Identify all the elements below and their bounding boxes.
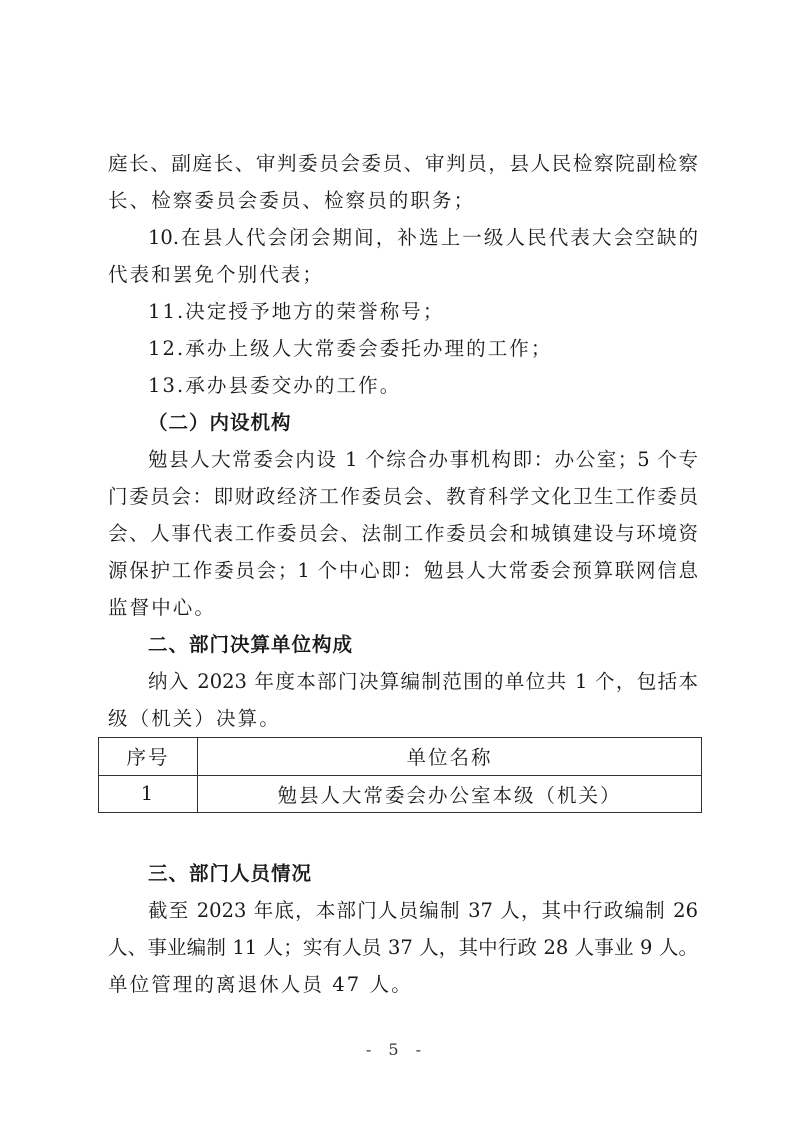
table-cell: 勉县人大常委会办公室本级（机关） bbox=[198, 775, 702, 813]
table-row: 1 勉县人大常委会办公室本级（机关） bbox=[99, 775, 702, 813]
paragraph-line: 庭长、副庭长、审判委员会委员、审判员，县人民检察院副检察 bbox=[108, 152, 698, 176]
unit-table: 序号 单位名称 1 勉县人大常委会办公室本级（机关） bbox=[98, 737, 702, 813]
paragraph-line: 源保护工作委员会；1 个中心即：勉县人大常委会预算联网信息 bbox=[108, 559, 698, 583]
paragraph-line: 勉县人大常委会内设 1 个综合办事机构即：办公室；5 个专 bbox=[148, 448, 698, 472]
table-header-cell: 单位名称 bbox=[198, 738, 702, 776]
subsection-heading: （二）内设机构 bbox=[148, 411, 738, 435]
paragraph-line: 单位管理的离退休人员 47 人。 bbox=[108, 973, 698, 997]
paragraph-line: 会、人事代表工作委员会、法制工作委员会和城镇建设与环境资 bbox=[108, 522, 698, 546]
paragraph-line: 门委员会：即财政经济工作委员会、教育科学文化卫生工作委员 bbox=[108, 485, 698, 509]
paragraph-line: 12.承办上级人大常委会委托办理的工作； bbox=[148, 337, 698, 361]
paragraph-line: 人、事业编制 11 人；实有人员 37 人，其中行政 28 人事业 9 人。 bbox=[108, 936, 698, 960]
table-header-cell: 序号 bbox=[99, 738, 198, 776]
paragraph-line: 纳入 2023 年度本部门决算编制范围的单位共 1 个，包括本 bbox=[148, 670, 698, 694]
table-cell: 1 bbox=[99, 775, 198, 813]
section-heading: 二、部门决算单位构成 bbox=[148, 633, 738, 657]
paragraph-line: 监督中心。 bbox=[108, 596, 698, 620]
paragraph-line: 13.承办县委交办的工作。 bbox=[148, 374, 698, 398]
section-heading: 三、部门人员情况 bbox=[148, 862, 738, 886]
paragraph-line: 长、检察委员会委员、检察员的职务； bbox=[108, 189, 698, 213]
paragraph-line: 级（机关）决算。 bbox=[108, 707, 698, 731]
paragraph-line: 11.决定授予地方的荣誉称号； bbox=[148, 300, 698, 324]
paragraph-line: 10.在县人代会闭会期间，补选上一级人民代表大会空缺的 bbox=[148, 226, 698, 250]
paragraph-line: 截至 2023 年底，本部门人员编制 37 人，其中行政编制 26 bbox=[148, 899, 698, 923]
table-header-row: 序号 单位名称 bbox=[99, 738, 702, 776]
paragraph-line: 代表和罢免个别代表； bbox=[108, 263, 698, 287]
page-number: - 5 - bbox=[0, 1040, 793, 1059]
